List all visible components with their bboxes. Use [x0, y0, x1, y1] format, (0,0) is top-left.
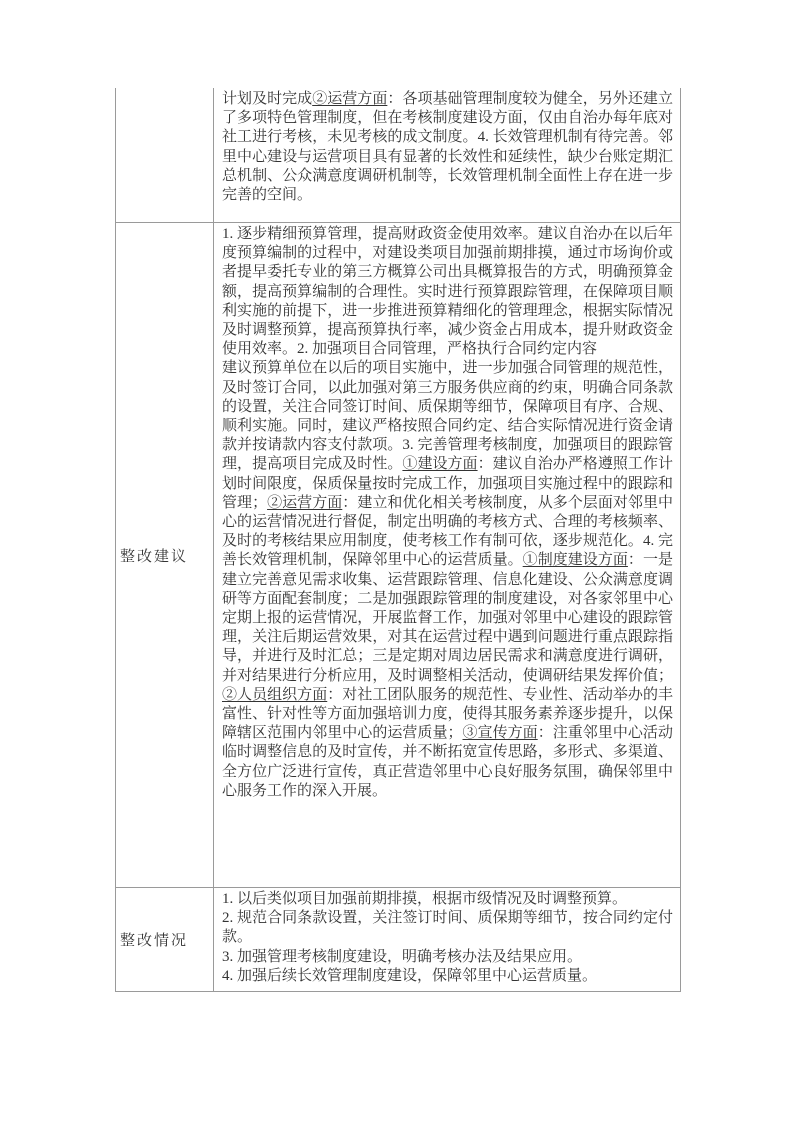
text-run: ：一是建立完善意见需求收集、运营跟踪管理、信息化建设、公众满意度调研等方面配套制… [222, 552, 673, 683]
underlined-phrase: ①建设方面 [402, 456, 477, 472]
underlined-phrase: ①制度建设方面 [523, 552, 628, 568]
table-row-continuation: 计划及时完成②运营方面：各项基础管理制度较为健全，另外还建立了多项特色管理制度，… [116, 88, 680, 222]
row-label-status: 整改情况 [116, 888, 214, 991]
underlined-phrase: ②人员组织方面 [222, 687, 327, 703]
document-page: 计划及时完成②运营方面：各项基础管理制度较为健全，另外还建立了多项特色管理制度，… [0, 0, 793, 1122]
text-run: 计划及时完成 [222, 91, 312, 107]
text-run: 2. 规范合同条款设置，关注签订时间、质保期等细节，按合同约定付款。 [222, 910, 673, 945]
table-row-suggestions: 整改建议 1. 逐步精细预算管理，提高财政资金使用效率。建议自治办在以后年度预算… [116, 222, 680, 887]
row-content-suggestions: 1. 逐步精细预算管理，提高财政资金使用效率。建议自治办在以后年度预算编制的过程… [214, 223, 680, 887]
underlined-phrase: ②运营方面 [267, 495, 342, 511]
table-row-status: 整改情况 1. 以后类似项目加强前期排摸，根据市级情况及时调整预算。2. 规范合… [116, 887, 680, 991]
text-run: ：各项基础管理制度较为健全，另外还建立了多项特色管理制度，但在考核制度建设方面，… [222, 91, 673, 203]
rectification-table: 计划及时完成②运营方面：各项基础管理制度较为健全，另外还建立了多项特色管理制度，… [115, 88, 681, 992]
row-label-suggestions: 整改建议 [116, 223, 214, 887]
text-run: 1. 以后类似项目加强前期排摸，根据市级情况及时调整预算。 [222, 891, 627, 907]
text-run: 1. 逐步精细预算管理，提高财政资金使用效率。建议自治办在以后年度预算编制的过程… [222, 226, 673, 357]
underlined-phrase: ③宣传方面 [463, 725, 538, 741]
row-content-status: 1. 以后类似项目加强前期排摸，根据市级情况及时调整预算。2. 规范合同条款设置… [214, 888, 680, 991]
row-content-continuation: 计划及时完成②运营方面：各项基础管理制度较为健全，另外还建立了多项特色管理制度，… [214, 88, 680, 222]
row-label-cell-continuation [116, 88, 214, 222]
text-run: 4. 加强后续长效管理制度建设，保障邻里中心运营质量。 [222, 968, 597, 984]
text-run: 3. 加强管理考核制度建设，明确考核办法及结果应用。 [222, 949, 582, 965]
underlined-phrase: ②运营方面 [312, 91, 387, 107]
